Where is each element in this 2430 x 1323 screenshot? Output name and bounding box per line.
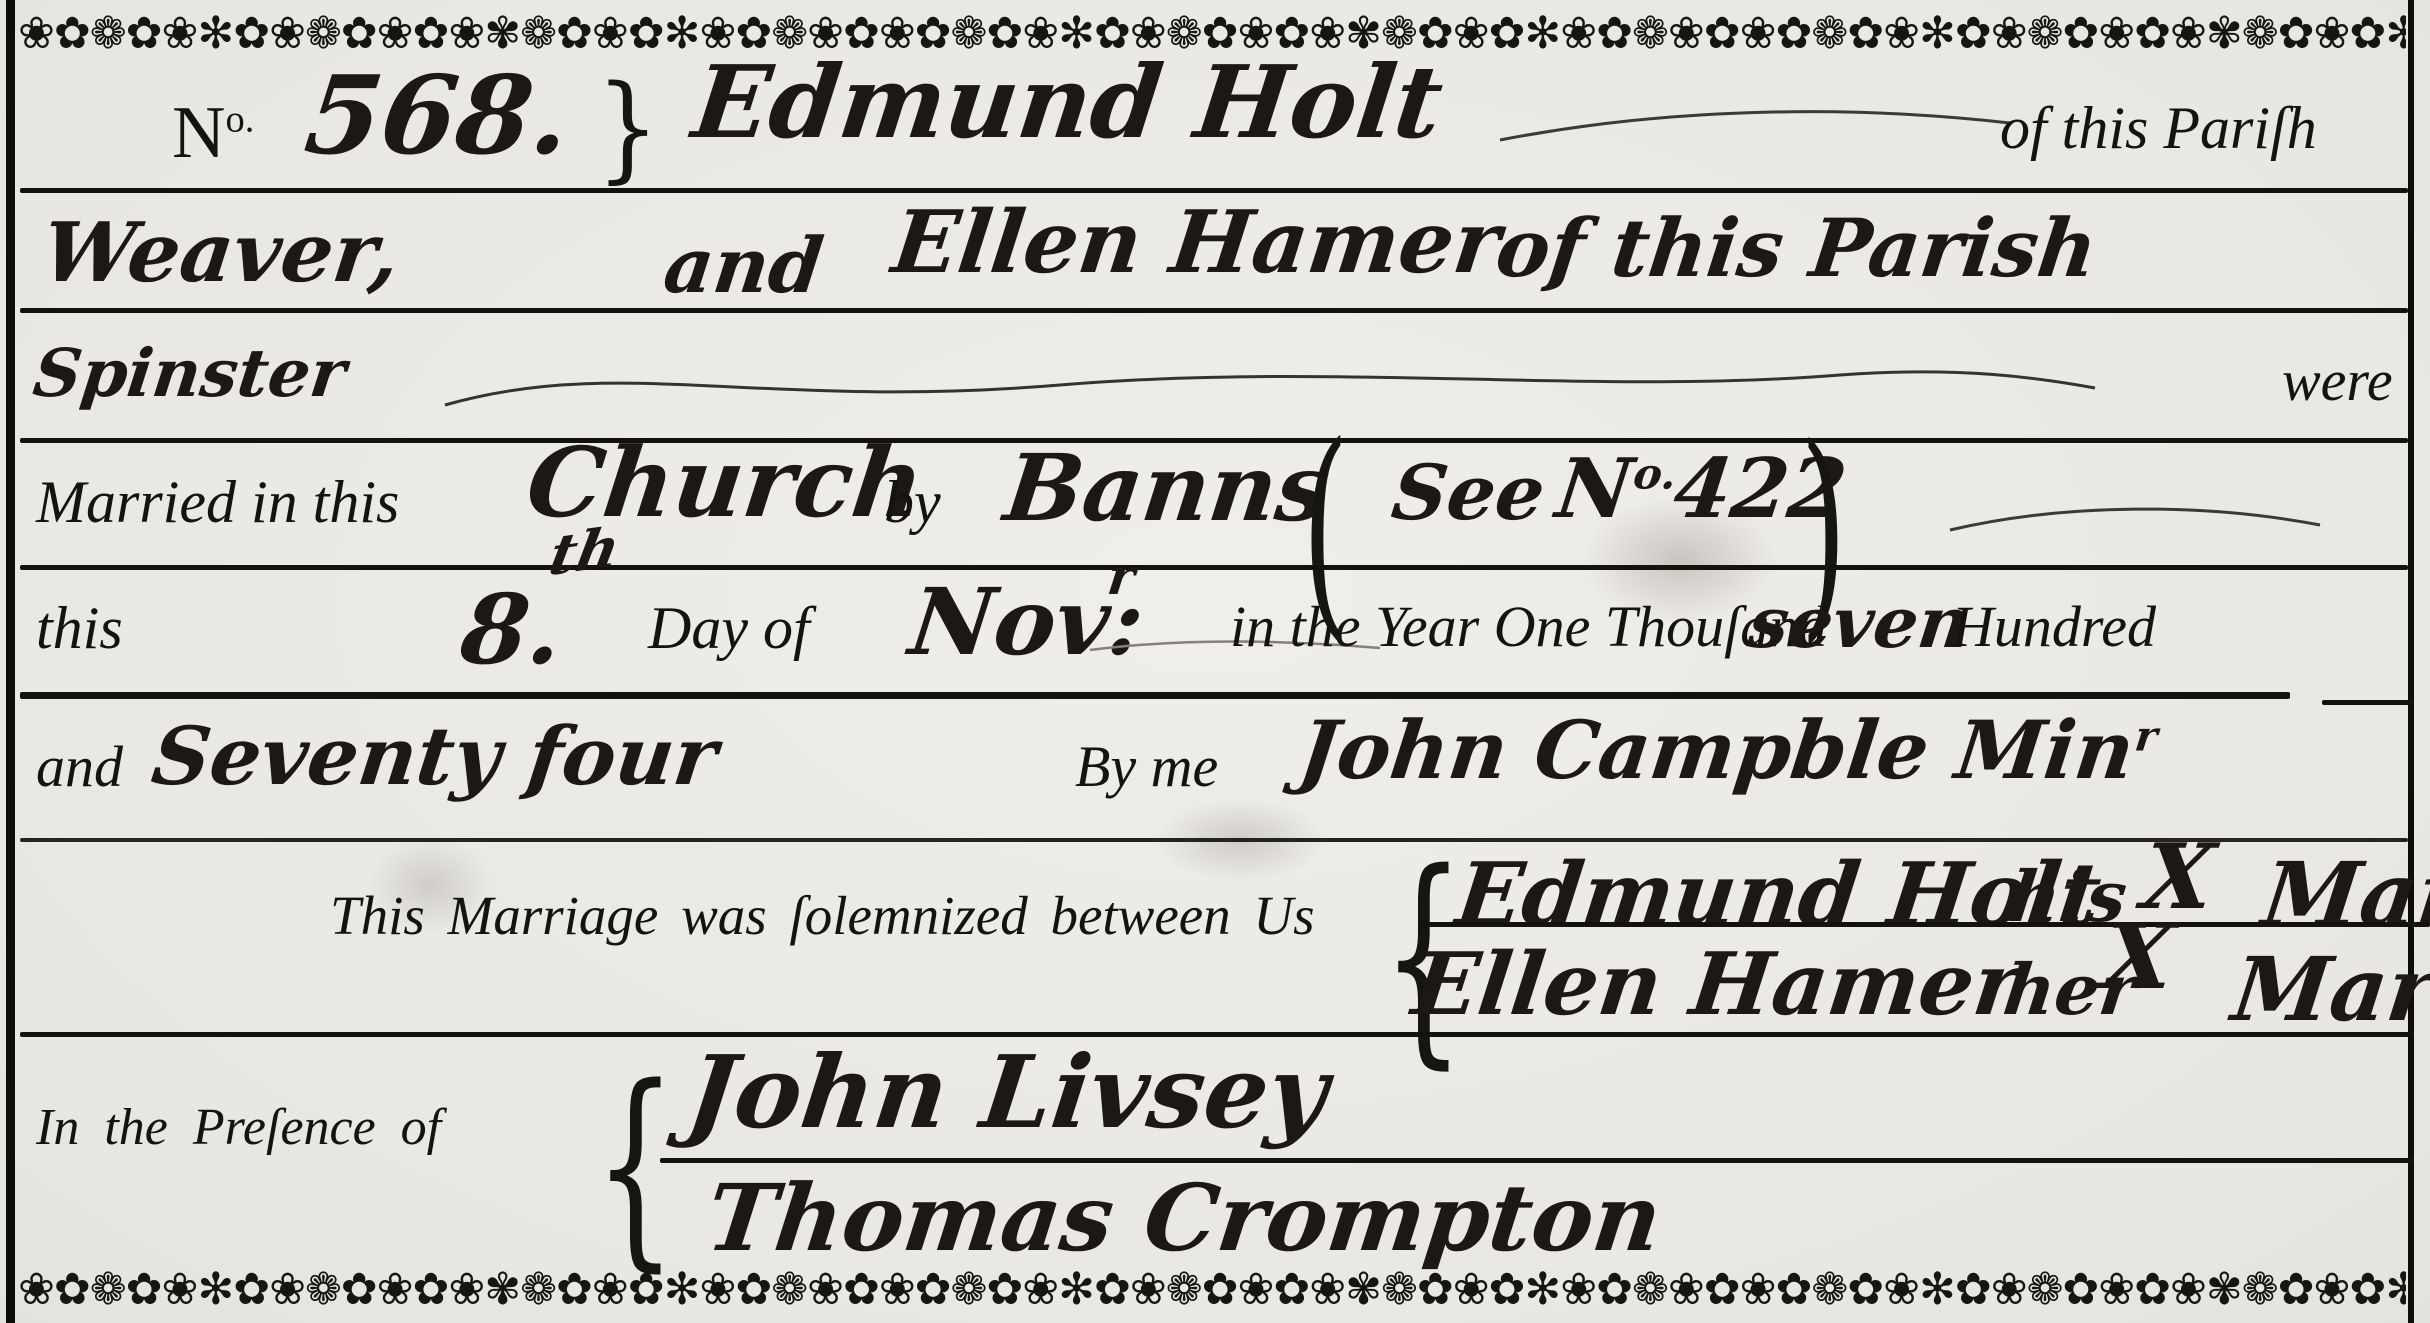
groom-name: Edmund Holt: [688, 52, 1448, 152]
day-of-label: Day of: [648, 598, 810, 658]
witness-1-signature: John Livsey: [682, 1042, 1333, 1142]
solemnized-label: This Marriage was ſolemnized between Us: [330, 888, 1315, 943]
year-tens-word: Seventy four: [148, 716, 721, 796]
day-superscript: th: [545, 519, 624, 584]
bride-mark: X: [2098, 912, 2179, 1002]
entry-number-superscript: o.: [225, 98, 254, 140]
rule-2: [20, 308, 2408, 313]
year-hundreds-word: seven: [1745, 588, 1974, 658]
presence-label: In the Preſence of: [36, 1102, 441, 1154]
rule-6: [20, 838, 2408, 842]
rule-witness-1: [660, 1158, 2414, 1163]
rule-groom-signature: [1420, 922, 2430, 927]
reference-see: See: [1388, 455, 1549, 531]
witness-2-signature: Thomas Crompton: [702, 1172, 1666, 1264]
married-in-this-label: Married in this: [36, 472, 399, 532]
minister-superscript: r: [2132, 711, 2160, 760]
marriage-method: Banns: [1000, 442, 1334, 534]
rule-5-dash: [2322, 700, 2414, 705]
this-word: this: [36, 598, 123, 658]
bride-signature: Ellen Hamer: [1408, 942, 2025, 1028]
bride-name: Ellen Hamer: [888, 200, 1505, 286]
entry-number-value: 568.: [300, 62, 576, 170]
mark-word-2: Mark: [2228, 945, 2430, 1033]
bride-condition: Spinster: [30, 340, 349, 406]
minister-name: John Campble Minr: [1295, 710, 2160, 790]
minister-name-text: John Campble Min: [1294, 703, 2139, 797]
rule-5: [20, 692, 2290, 699]
entry-number-prefix: N: [172, 92, 225, 174]
and-word-2: and: [36, 738, 123, 796]
flourish-line-1: [1495, 95, 2015, 155]
witnesses-brace: {: [594, 1058, 677, 1273]
and-word: and: [660, 228, 827, 304]
left-frame-border: [6, 0, 15, 1323]
rule-4: [20, 565, 2408, 570]
right-frame-border: [2408, 0, 2414, 1323]
by-me-label: By me: [1075, 738, 1218, 796]
groom-occupation: Weaver,: [38, 212, 404, 294]
entry-number-label: No.: [172, 96, 254, 170]
marriage-place: Church: [522, 435, 929, 531]
were-word: were: [2282, 352, 2393, 410]
day-value: 8.: [456, 582, 568, 678]
year-printed-label: in the Year One Thouſand: [1230, 598, 1827, 656]
marriage-register-page: ❀✿❁✿❀✻✿❀❁✿❀✿❀✾❁✿❀✿✻❀✿❁❀✿❀✿❁✿❀✻✿❀❁✿❀✿❀✾❁✿…: [0, 0, 2430, 1323]
reference-n-superscript: o.: [1631, 450, 1680, 500]
entry-number-brace: }: [596, 71, 660, 186]
hundred-label: Hundred: [1952, 598, 2156, 656]
line1-printed-suffix: of this Pariſh: [2000, 98, 2317, 158]
bride-parish: of this Parish: [1492, 208, 2101, 288]
reference-n: N: [1551, 441, 1638, 537]
by-word: by: [884, 472, 941, 532]
flourish-line-2: [440, 350, 2100, 420]
flourish-line-3: [1945, 495, 2325, 545]
